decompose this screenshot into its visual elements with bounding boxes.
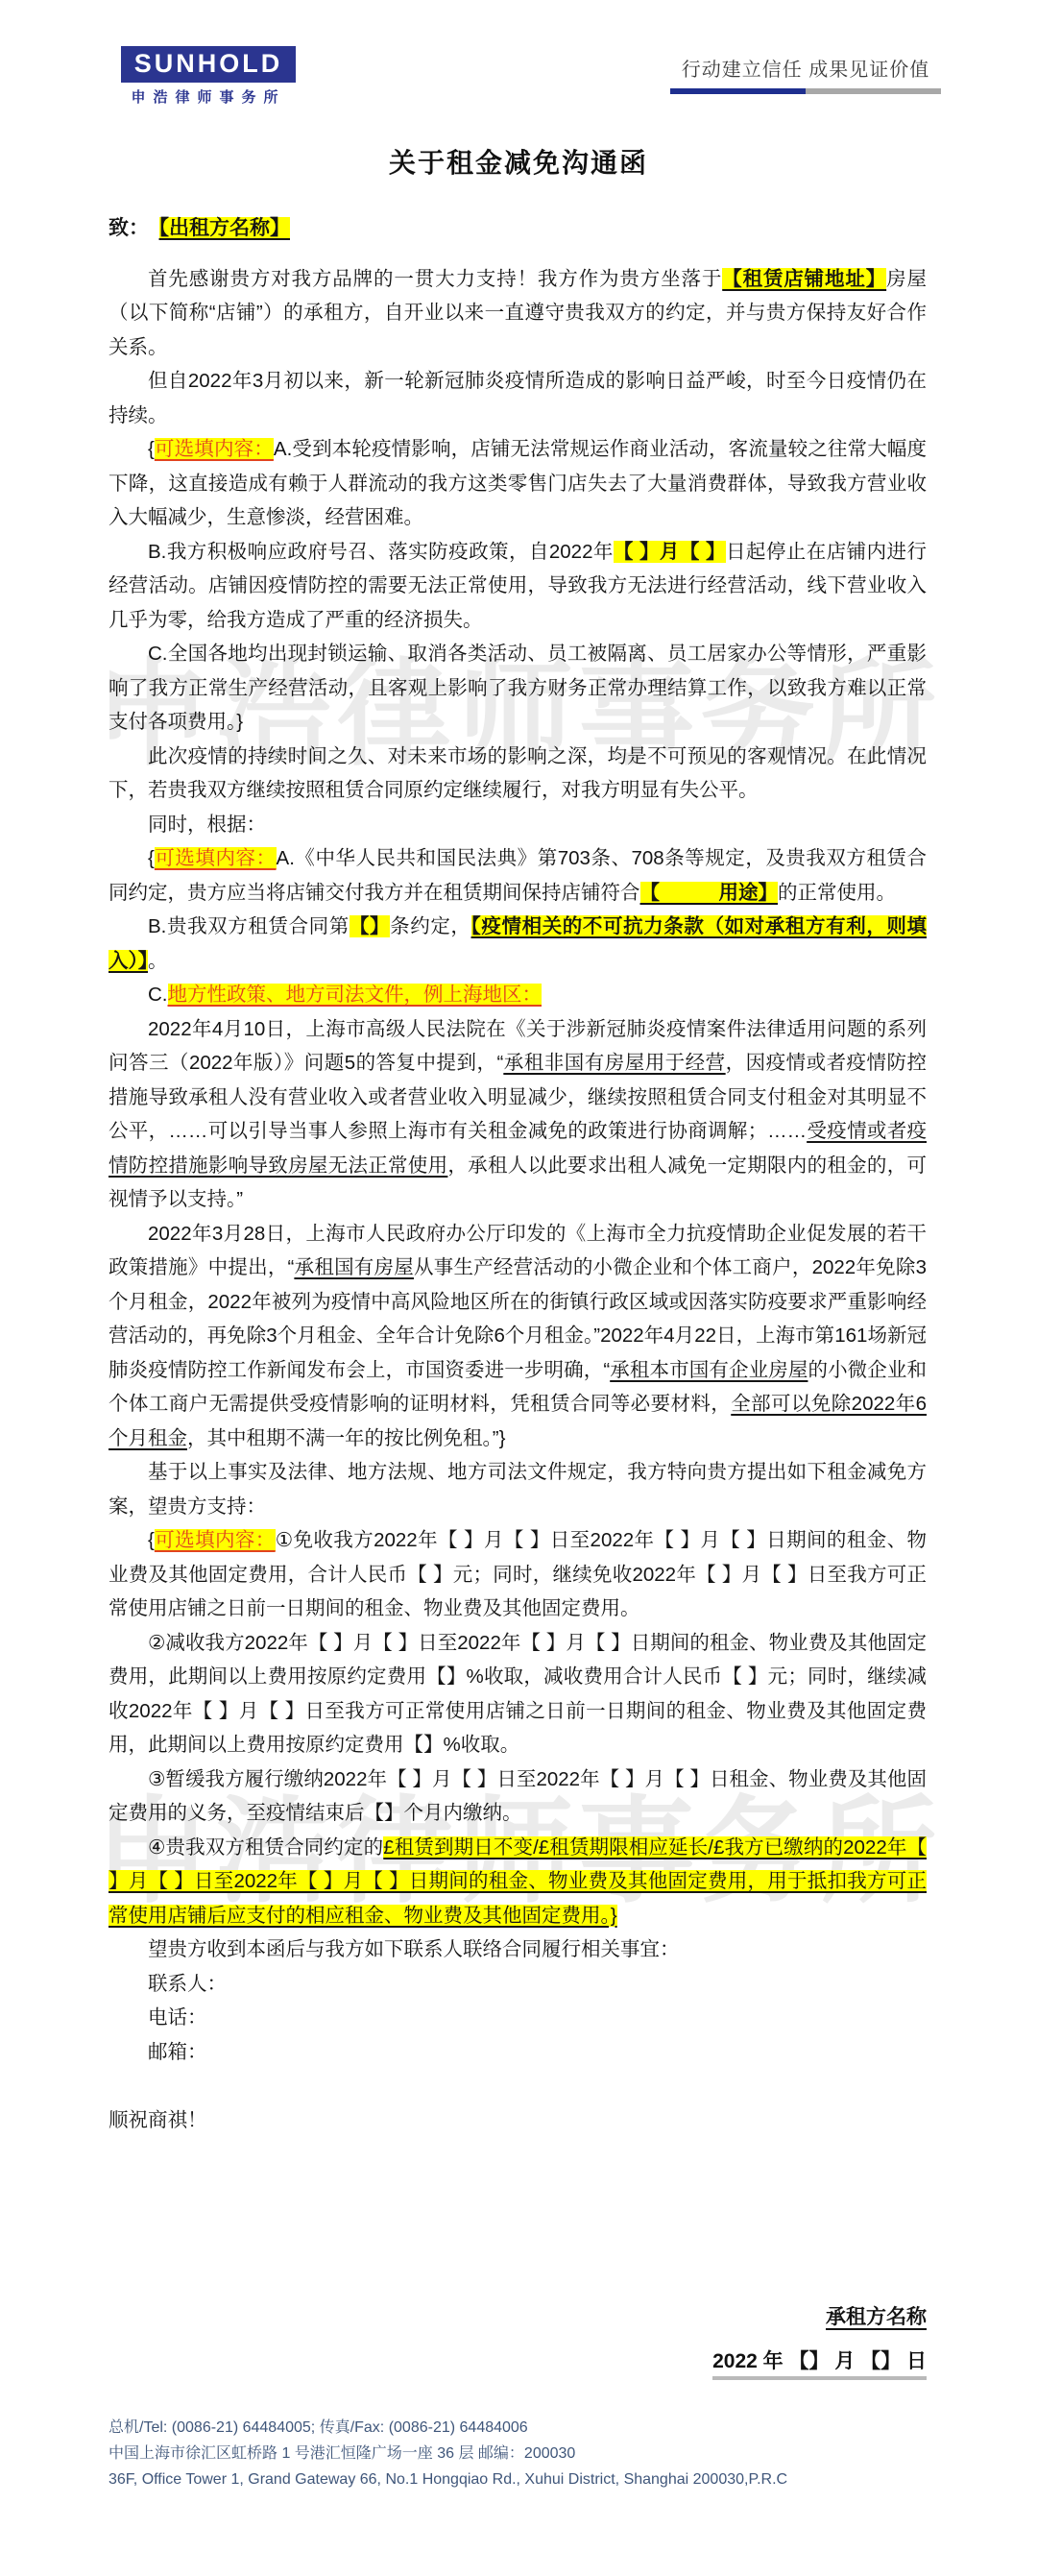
text-run: ④贵我双方租赁合同约定的	[148, 1836, 383, 1859]
signature-date: 2022 年 【】 月 【】 日	[712, 2345, 927, 2380]
para-plan-2: ②减收我方2022年【 】月【 】日至2022年【 】月【 】日期间的租金、物业…	[109, 1626, 927, 1762]
para-contact-email: 邮箱：	[109, 2035, 927, 2070]
text-run: ③暂缓我方履行缴纳2022年【 】月【 】日至2022年【 】月【 】日租金、物…	[109, 1768, 927, 1825]
para-contact-lead: 望贵方收到本函后与我方如下联系人联络合同履行相关事宜：	[109, 1932, 927, 1967]
letter-page: 申浩律师事务所 申浩律师事务所 SUNHOLD 申浩律师事务所 行动建立信任 成…	[0, 0, 1037, 2576]
logo-chinese-name: 申浩律师事务所	[121, 86, 296, 107]
fill-in-field: 可选填内容：	[155, 847, 277, 869]
sunhold-logo: SUNHOLD 申浩律师事务所	[121, 46, 296, 107]
text-run: 基于以上事实及法律、地方法规、地方司法文件规定，我方特向贵方提出如下租金减免方案…	[109, 1461, 927, 1518]
fill-in-field: 地方性政策、地方司法文件，例上海地区：	[168, 984, 543, 1006]
para-proposal-lead: 基于以上事实及法律、地方法规、地方司法文件规定，我方特向贵方提出如下租金减免方案…	[109, 1455, 927, 1523]
text-run: ，其中租期不满一年的按比例免租。”}	[187, 1427, 505, 1449]
text-run: 望贵方收到本函后与我方如下联系人联络合同履行相关事宜：	[148, 1938, 680, 1960]
header-rule-gray-segment	[806, 88, 941, 94]
page-footer: 总机/Tel: (0086-21) 64484005; 传真/Fax: (008…	[109, 2415, 787, 2492]
text-run: 承租非国有房屋用于经营	[503, 1052, 725, 1074]
page-title: 关于租金减免沟通函	[0, 142, 1037, 181]
text-run: 。	[148, 950, 168, 972]
header-rule-blue-segment	[670, 88, 806, 94]
fill-in-field: 【租赁店铺地址】	[722, 268, 886, 290]
footer-address-en: 36F, Office Tower 1, Grand Gateway 66, N…	[109, 2467, 787, 2492]
text-run: ②减收我方2022年【 】月【 】日至2022年【 】月【 】日期间的租金、物业…	[109, 1632, 927, 1757]
header-rule	[670, 88, 941, 94]
text-run: 的正常使用。	[778, 882, 896, 904]
para-optional-b: B.我方积极响应政府号召、落实防疫政策，自2022年【 】月【 】日起停止在店铺…	[109, 535, 927, 638]
text-run: C.	[148, 984, 168, 1006]
fill-in-field: 可选填内容：	[155, 438, 274, 460]
para-intro: 首先感谢贵方对我方品牌的一贯大力支持！我方作为贵方坐落于【租赁店铺地址】房屋（以…	[109, 262, 927, 365]
header-tagline-block: 行动建立信任 成果见证价值	[670, 54, 941, 94]
tagline-text: 行动建立信任 成果见证价值	[670, 54, 941, 82]
para-contact-phone: 电话：	[109, 2001, 927, 2035]
footer-address-cn: 中国上海市徐汇区虹桥路 1 号港汇恒隆广场一座 36 层 邮编：200030	[109, 2441, 787, 2467]
para-unforeseeable: 此次疫情的持续时间之久、对未来市场的影响之深，均是不可预见的客观情况。在此情况下…	[109, 740, 927, 808]
text-run: 致：	[109, 217, 139, 239]
para-law-b: B.贵我双方租赁合同第【】条约定，【疫情相关的不可抗力条款（如对承租方有利，则填…	[109, 910, 927, 978]
text-run: C.全国各地均出现封锁运输、取消各类活动、员工被隔离、员工居家办公等情形，严重影…	[109, 643, 927, 733]
fill-in-field: 【出租方名称】	[159, 217, 291, 239]
text-run: 顺祝商祺！	[109, 2109, 207, 2131]
text-run: {	[148, 1529, 155, 1551]
para-optional-c: C.全国各地均出现封锁运输、取消各类活动、员工被隔离、员工居家办公等情形，严重影…	[109, 637, 927, 740]
footer-phone-fax: 总机/Tel: (0086-21) 64484005; 传真/Fax: (008…	[109, 2415, 787, 2441]
text-run: 电话：	[148, 2006, 207, 2029]
para-blank	[109, 2069, 927, 2103]
signature-block: 承租方名称 2022 年 【】 月 【】 日	[712, 2301, 927, 2380]
para-law-a: {可选填内容：A.《中华人民共和国民法典》第703条、708条等规定，及贵我双方…	[109, 841, 927, 910]
para-court-reply: 2022年4月10日，上海市高级人民法院在《关于涉新冠肺炎疫情案件法律适用问题的…	[109, 1012, 927, 1217]
para-policy: 2022年3月28日，上海市人民政府办公厅印发的《上海市全力抗疫情助企业促发展的…	[109, 1217, 927, 1456]
fill-in-field: 可选填内容：	[155, 1529, 276, 1551]
fill-in-field: 【 用途】	[640, 882, 779, 904]
text-run: B.我方积极响应政府号召、落实防疫政策，自2022年	[148, 541, 614, 563]
text-run	[109, 2075, 114, 2097]
fill-in-field: 【】	[350, 915, 390, 937]
para-meanwhile: 同时，根据：	[109, 808, 927, 842]
text-run	[139, 217, 159, 239]
para-law-c: C.地方性政策、地方司法文件，例上海地区：	[109, 978, 927, 1012]
text-run: 联系人：	[148, 1973, 227, 1995]
text-run: 邮箱：	[148, 2041, 207, 2063]
text-run: B.贵我双方租赁合同第	[148, 915, 350, 937]
para-plan-4: ④贵我双方租赁合同约定的£租赁到期日不变/£租赁期限相应延长/£我方已缴纳的20…	[109, 1831, 927, 1933]
text-run: {	[148, 847, 155, 869]
text-run: {	[148, 438, 155, 460]
text-run: 承租国有房屋	[294, 1256, 414, 1278]
para-closing: 顺祝商祺！	[109, 2103, 927, 2138]
para-optional-a: {可选填内容：A.受到本轮疫情影响，店铺无法常规运作商业活动，客流量较之往常大幅…	[109, 432, 927, 535]
letter-body: 致： 【出租方名称】首先感谢贵方对我方品牌的一贯大力支持！我方作为贵方坐落于【租…	[109, 211, 927, 2137]
para-plan-1: {可选填内容：①免收我方2022年【 】月【 】日至2022年【 】月【 】日期…	[109, 1523, 927, 1626]
fill-in-field: 【 】月【 】	[614, 541, 726, 563]
logo-wordmark: SUNHOLD	[121, 46, 296, 83]
text-run: 条约定，	[390, 915, 470, 937]
para-contact-name: 联系人：	[109, 1967, 927, 2002]
signer-name: 承租方名称	[826, 2301, 927, 2330]
para-plan-3: ③暂缓我方履行缴纳2022年【 】月【 】日至2022年【 】月【 】日租金、物…	[109, 1762, 927, 1831]
salutation-line: 致： 【出租方名称】	[109, 211, 927, 246]
text-run: 但自2022年3月初以来，新一轮新冠肺炎疫情所造成的影响日益严峻，时至今日疫情仍…	[109, 370, 927, 426]
text-run: 同时，根据：	[148, 814, 266, 836]
text-run: 首先感谢贵方对我方品牌的一贯大力支持！我方作为贵方坐落于	[148, 268, 722, 290]
text-run: 承租本市国有企业房屋	[610, 1359, 808, 1381]
text-run: 此次疫情的持续时间之久、对未来市场的影响之深，均是不可预见的客观情况。在此情况下…	[109, 745, 927, 802]
para-epidemic: 但自2022年3月初以来，新一轮新冠肺炎疫情所造成的影响日益严峻，时至今日疫情仍…	[109, 364, 927, 432]
